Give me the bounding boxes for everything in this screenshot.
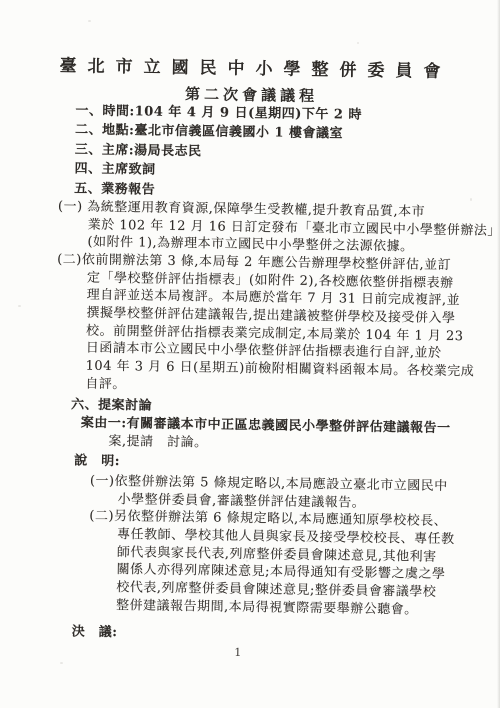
scan-speck [470, 198, 472, 201]
scan-speck [18, 305, 21, 307]
page-number: 1 [234, 646, 241, 659]
scan-speck [60, 662, 63, 664]
scan-speck [118, 64, 120, 66]
scanned-page: 臺北市立國民中小學整併委員會 第二次會議議程 一、時間:104 年 4 月 9 … [0, 0, 500, 708]
document-body: 一、時間:104 年 4 月 9 日(星期四)下午 2 時 二、地點:臺北市信義… [0, 100, 499, 648]
scan-speck [88, 20, 91, 22]
page-title: 臺北市立國民中小學整併委員會 [0, 50, 500, 82]
scan-speck [357, 42, 359, 44]
resolution-label: 決 議: [72, 624, 492, 648]
scan-speck [246, 560, 248, 562]
